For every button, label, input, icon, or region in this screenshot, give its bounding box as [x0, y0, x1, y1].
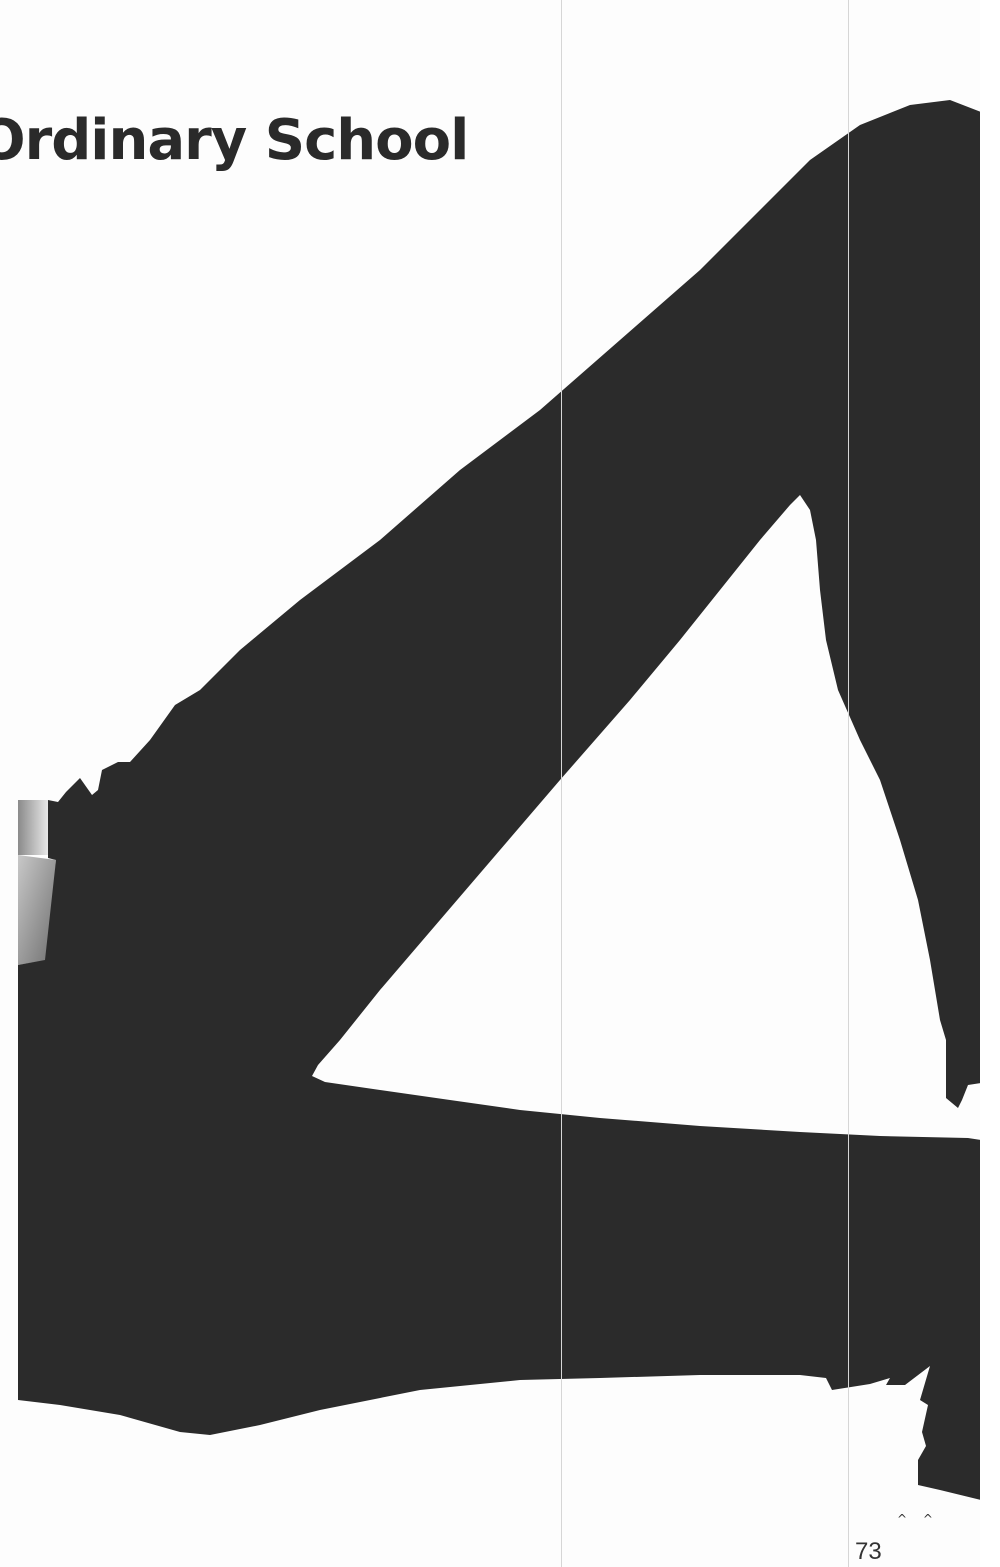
- scan-line: [561, 0, 562, 1567]
- chapter-title: Ordinary School: [0, 108, 468, 173]
- page-number: 73: [855, 1538, 882, 1566]
- leg-silhouette: [18, 100, 981, 1500]
- page-marks: ^ ^: [897, 1512, 939, 1526]
- silhouette-illustration: [0, 0, 1000, 1567]
- page-margin: [980, 0, 1000, 1567]
- book-page: Ordinary School ^ ^ 73: [0, 0, 1000, 1567]
- scan-line: [848, 0, 849, 1567]
